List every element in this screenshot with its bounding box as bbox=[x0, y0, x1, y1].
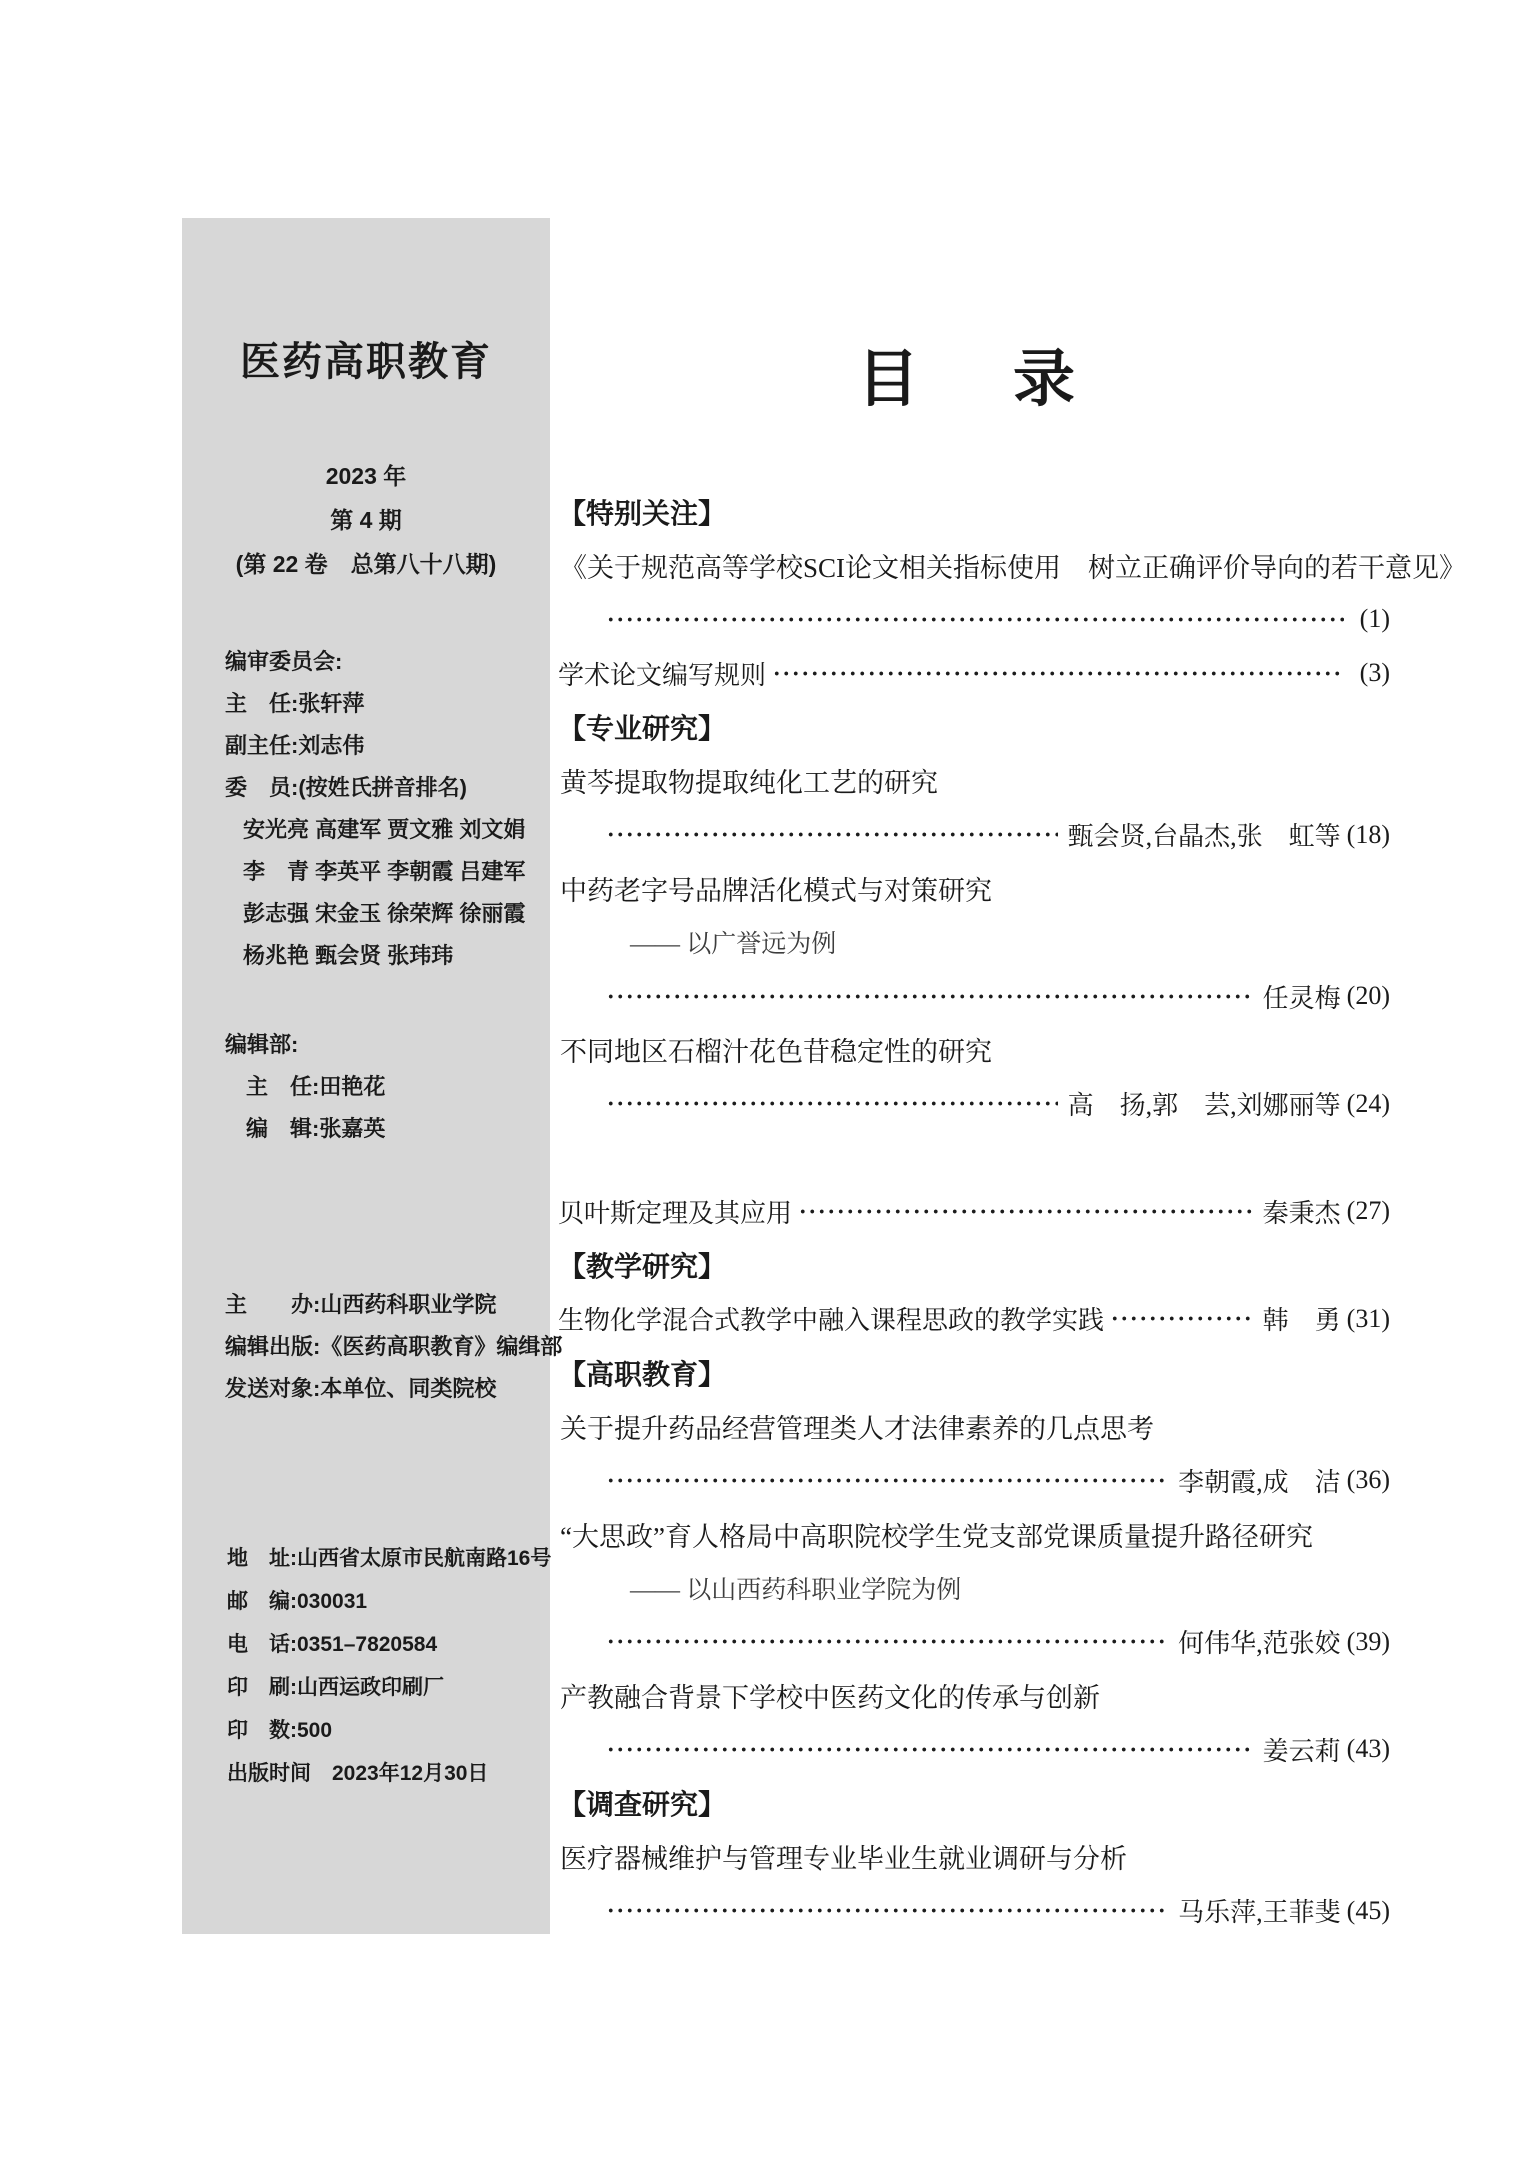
toc-page-number: (18) bbox=[1347, 820, 1390, 850]
toc-page-number: (3) bbox=[1360, 658, 1390, 688]
toc-article-title: 医疗器械维护与管理专业毕业生就业调研与分析 bbox=[558, 1830, 1390, 1884]
toc-page-title: 目 录 bbox=[558, 340, 1390, 420]
issue-line: (第 22 卷 总第八十八期) bbox=[182, 542, 550, 586]
toc-section-header: 【调查研究】 bbox=[558, 1776, 1390, 1830]
toc-page-number: (31) bbox=[1347, 1304, 1390, 1334]
toc-authors: 高 扬,郭 芸,刘娜丽等 bbox=[1068, 1085, 1341, 1122]
toc-authors: 马乐萍,王菲斐 bbox=[1178, 1892, 1341, 1929]
toc-authors: 李朝霞,成 洁 bbox=[1178, 1462, 1341, 1499]
toc-page-number: (36) bbox=[1347, 1465, 1390, 1495]
toc-article-title: 关于提升药品经营管理类人才法律素养的几点思考 bbox=[558, 1400, 1390, 1454]
toc-leader-row: 高 扬,郭 芸,刘娜丽等 (24) bbox=[558, 1077, 1390, 1131]
toc-authors: 甄会贤,台晶杰,张 虹等 bbox=[1068, 816, 1341, 853]
committee-member-line: 李 青 李英平 李朝霞 吕建军 bbox=[182, 851, 550, 893]
toc-article-title: 中药老字号品牌活化模式与对策研究 bbox=[558, 862, 1390, 916]
toc-section-label: 【高职教育】 bbox=[558, 1353, 726, 1393]
toc-leader-row: 李朝霞,成 洁 (36) bbox=[558, 1453, 1390, 1507]
toc-leader-row: 甄会贤,台晶杰,张 虹等 (18) bbox=[558, 808, 1390, 862]
toc-page-number: (27) bbox=[1347, 1196, 1390, 1226]
toc-article-title-text: 关于提升药品经营管理类人才法律素养的几点思考 bbox=[560, 1407, 1154, 1446]
toc-article-title: 《关于规范高等学校SCI论文相关指标使用 树立正确评价导向的若干意见》 bbox=[558, 539, 1390, 593]
toc-section-header: 【专业研究】 bbox=[558, 700, 1390, 754]
toc-authors: 秦秉杰 bbox=[1263, 1193, 1341, 1230]
dot-leader bbox=[1110, 1314, 1253, 1323]
toc-section-label: 【特别关注】 bbox=[558, 492, 726, 532]
issue-line: 第 4 期 bbox=[182, 498, 550, 542]
toc-section-label: 【调查研究】 bbox=[558, 1783, 726, 1823]
dot-leader bbox=[606, 992, 1253, 1001]
toc-authors: 姜云莉 bbox=[1263, 1731, 1341, 1768]
toc-leader-row: 任灵梅 (20) bbox=[558, 969, 1390, 1023]
toc-article-subtitle-text: —— 以广誉远为例 bbox=[630, 924, 836, 960]
toc-leader-row: 何伟华,范张姣 (39) bbox=[558, 1615, 1390, 1669]
dot-leader bbox=[606, 615, 1344, 624]
editorial-heading: 编辑部: bbox=[182, 1024, 550, 1066]
toc-article-title: “大思政”育人格局中高职院校学生党支部党课质量提升路径研究 bbox=[558, 1507, 1390, 1561]
toc-list: 【特别关注】 《关于规范高等学校SCI论文相关指标使用 树立正确评价导向的若干意… bbox=[558, 485, 1390, 1938]
toc-page-number: (1) bbox=[1360, 604, 1390, 634]
toc-article-title-text: 医疗器械维护与管理专业毕业生就业调研与分析 bbox=[560, 1837, 1127, 1876]
toc-article-subtitle: —— 以广誉远为例 bbox=[558, 915, 1390, 969]
editorial-dept-block: 编辑部: 主 任:田艳花编 辑:张嘉英 bbox=[182, 1024, 550, 1150]
contact-line: 电 话:0351–7820584 bbox=[182, 1623, 550, 1666]
publisher-line: 主 办:山西药科职业学院 bbox=[182, 1284, 550, 1326]
toc-section-label: 【专业研究】 bbox=[558, 707, 726, 747]
toc-article-title-text: 产教融合背景下学校中医药文化的传承与创新 bbox=[560, 1676, 1100, 1715]
contact-line: 印 刷:山西运政印刷厂 bbox=[182, 1666, 550, 1709]
toc-leader-row: (1) bbox=[558, 593, 1390, 647]
toc-inline-row: 学术论文编写规则 (3) bbox=[558, 646, 1390, 700]
toc-page-number: (20) bbox=[1347, 981, 1390, 1011]
issue-info: 2023 年第 4 期(第 22 卷 总第八十八期) bbox=[182, 454, 550, 586]
publisher-line: 发送对象:本单位、同类院校 bbox=[182, 1368, 550, 1410]
toc-article-title-text: 中药老字号品牌活化模式与对策研究 bbox=[560, 869, 992, 908]
toc-article-title-text: 《关于规范高等学校SCI论文相关指标使用 树立正确评价导向的若干意见》 bbox=[560, 546, 1466, 585]
committee-role-line: 委 员:(按姓氏拼音排名) bbox=[182, 767, 550, 809]
editorial-role-line: 编 辑:张嘉英 bbox=[182, 1108, 550, 1150]
toc-spacer-row bbox=[558, 1131, 1390, 1185]
dot-leader bbox=[606, 1637, 1168, 1646]
toc-inline-row: 贝叶斯定理及其应用 秦秉杰 (27) bbox=[558, 1184, 1390, 1238]
toc-section-header: 【特别关注】 bbox=[558, 485, 1390, 539]
toc-page-number: (24) bbox=[1347, 1089, 1390, 1119]
toc-article-title-text: 生物化学混合式教学中融入课程思政的教学实践 bbox=[558, 1300, 1104, 1337]
committee-heading: 编审委员会: bbox=[182, 641, 550, 683]
toc-authors: 何伟华,范张姣 bbox=[1178, 1623, 1341, 1660]
toc-authors: 韩 勇 bbox=[1263, 1300, 1341, 1337]
toc-article-title: 产教融合背景下学校中医药文化的传承与创新 bbox=[558, 1669, 1390, 1723]
publisher-block: 主 办:山西药科职业学院编辑出版:《医药高职教育》编缉部发送对象:本单位、同类院… bbox=[182, 1284, 550, 1410]
committee-members: 安光亮 高建军 贾文雅 刘文娟李 青 李英平 李朝霞 吕建军彭志强 宋金玉 徐荣… bbox=[182, 809, 550, 977]
committee-member-line: 彭志强 宋金玉 徐荣辉 徐丽霞 bbox=[182, 893, 550, 935]
toc-article-title-text: “大思政”育人格局中高职院校学生党支部党课质量提升路径研究 bbox=[560, 1515, 1313, 1554]
issue-line: 2023 年 bbox=[182, 454, 550, 498]
toc-section-header: 【高职教育】 bbox=[558, 1346, 1390, 1400]
toc-page-number: (39) bbox=[1347, 1627, 1390, 1657]
toc-inline-row: 生物化学混合式教学中融入课程思政的教学实践 韩 勇 (31) bbox=[558, 1292, 1390, 1346]
committee-member-line: 杨兆艳 甄会贤 张玮玮 bbox=[182, 935, 550, 977]
dot-leader bbox=[606, 1906, 1168, 1915]
toc-authors: 任灵梅 bbox=[1263, 978, 1341, 1015]
editorial-roles: 主 任:田艳花编 辑:张嘉英 bbox=[182, 1066, 550, 1150]
dot-leader bbox=[606, 1099, 1058, 1108]
toc-article-title-text: 学术论文编写规则 bbox=[558, 655, 766, 692]
toc-article-subtitle: —— 以山西药科职业学院为例 bbox=[558, 1561, 1390, 1615]
contact-line: 邮 编:030031 bbox=[182, 1580, 550, 1623]
dot-leader bbox=[606, 830, 1058, 839]
toc-section-header: 【教学研究】 bbox=[558, 1238, 1390, 1292]
toc-article-title-text: 贝叶斯定理及其应用 bbox=[558, 1193, 792, 1230]
dot-leader bbox=[606, 1745, 1253, 1754]
review-committee-block: 编审委员会: 主 任:张轩萍副主任:刘志伟委 员:(按姓氏拼音排名) 安光亮 高… bbox=[182, 641, 550, 977]
journal-title: 医药高职教育 bbox=[182, 330, 550, 387]
editorial-role-line: 主 任:田艳花 bbox=[182, 1066, 550, 1108]
toc-article-title: 黄芩提取物提取纯化工艺的研究 bbox=[558, 754, 1390, 808]
publisher-line: 编辑出版:《医药高职教育》编缉部 bbox=[182, 1326, 550, 1368]
toc-article-title-text: 黄芩提取物提取纯化工艺的研究 bbox=[560, 761, 938, 800]
toc-page-number: (45) bbox=[1347, 1896, 1390, 1926]
journal-info-sidebar: 医药高职教育 2023 年第 4 期(第 22 卷 总第八十八期) 编审委员会:… bbox=[182, 218, 550, 1934]
committee-role-line: 副主任:刘志伟 bbox=[182, 725, 550, 767]
contact-line: 地 址:山西省太原市民航南路16号 bbox=[182, 1537, 550, 1580]
dot-leader bbox=[772, 669, 1344, 678]
dot-leader bbox=[798, 1207, 1253, 1216]
committee-role-line: 主 任:张轩萍 bbox=[182, 683, 550, 725]
contact-line: 出版时间 2023年12月30日 bbox=[182, 1752, 550, 1795]
committee-member-line: 安光亮 高建军 贾文雅 刘文娟 bbox=[182, 809, 550, 851]
journal-toc-page: { "sidebar": { "journal_title": "医药高职教育"… bbox=[0, 0, 1540, 2161]
toc-article-title: 不同地区石榴汁花色苷稳定性的研究 bbox=[558, 1023, 1390, 1077]
toc-article-subtitle-text: —— 以山西药科职业学院为例 bbox=[630, 1570, 961, 1606]
toc-section-label: 【教学研究】 bbox=[558, 1245, 726, 1285]
toc-page-number: (43) bbox=[1347, 1734, 1390, 1764]
committee-roles: 主 任:张轩萍副主任:刘志伟委 员:(按姓氏拼音排名) bbox=[182, 683, 550, 809]
contact-line: 印 数:500 bbox=[182, 1709, 550, 1752]
toc-leader-row: 姜云莉 (43) bbox=[558, 1722, 1390, 1776]
contact-print-block: 地 址:山西省太原市民航南路16号邮 编:030031电 话:0351–7820… bbox=[182, 1537, 550, 1795]
toc-leader-row: 马乐萍,王菲斐 (45) bbox=[558, 1884, 1390, 1938]
toc-article-title-text: 不同地区石榴汁花色苷稳定性的研究 bbox=[560, 1030, 992, 1069]
dot-leader bbox=[606, 1476, 1168, 1485]
